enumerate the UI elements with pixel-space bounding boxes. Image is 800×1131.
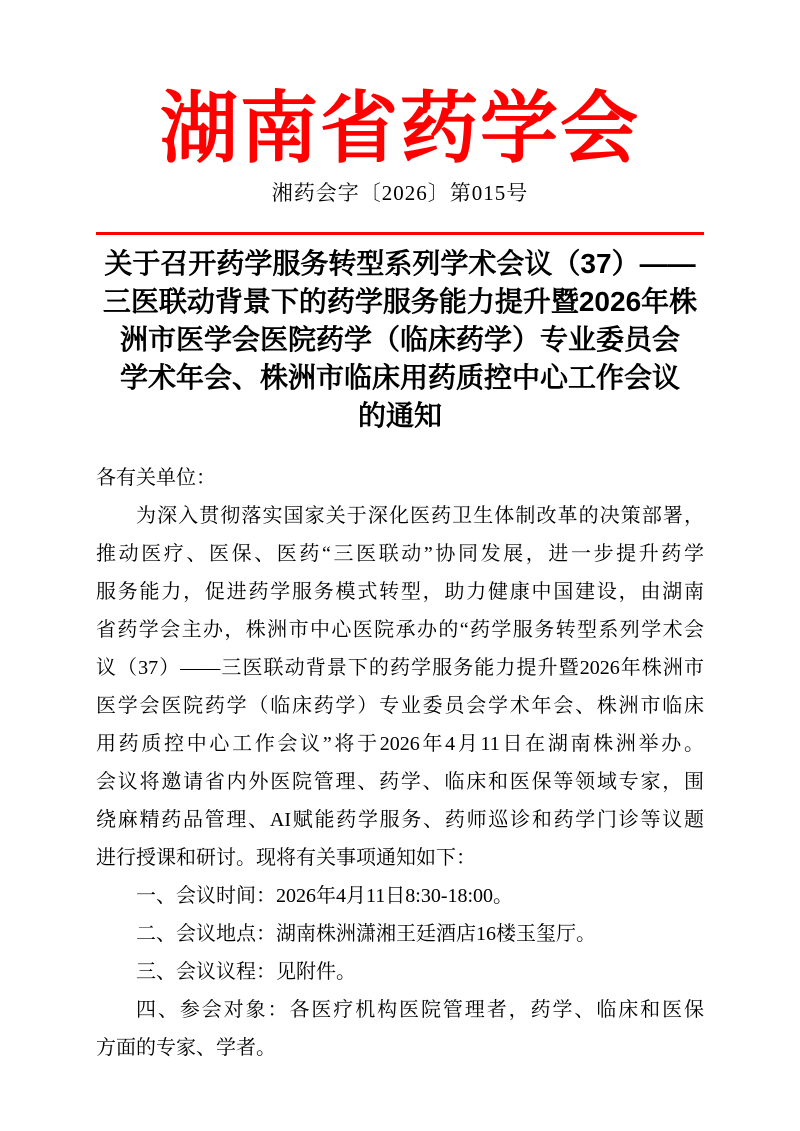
body-line: 推动医疗、医保、医药“三医联动”协同发展，进一步提升药学 [96,535,704,573]
list-item-meeting-location: 二、会议地点：湖南株洲潇湘王廷酒店16楼玉玺厅。 [96,915,704,953]
body-line: 为深入贯彻落实国家关于深化医药卫生体制改革的决策部署， [96,497,704,535]
list-item-participants: 四、参会对象：各医疗机构医院管理者，药学、临床和医保 [96,991,704,1029]
notice-body: 各有关单位： 为深入贯彻落实国家关于深化医药卫生体制改革的决策部署， 推动医疗、… [96,459,704,1067]
body-line: 服务能力，促进药学服务模式转型，助力健康中国建设，由湖南 [96,573,704,611]
notice-title-line: 洲市医学会医院药学（临床药学）专业委员会 [96,321,704,359]
list-item-participants-cont: 方面的专家、学者。 [96,1029,704,1067]
body-line: 会议将邀请省内外医院管理、药学、临床和医保等领域专家，围 [96,763,704,801]
notice-title-line: 关于召开药学服务转型系列学术会议（37）—— [96,245,704,283]
notice-title-line: 学术年会、株洲市临床用药质控中心工作会议 [96,359,704,397]
document-page: 湖南省药学会 湘药会字〔2026〕第015号 关于召开药学服务转型系列学术会议（… [0,0,800,1131]
body-line: 绕麻精药品管理、AI赋能药学服务、药师巡诊和药学门诊等议题 [96,801,704,839]
notice-title: 关于召开药学服务转型系列学术会议（37）—— 三医联动背景下的药学服务能力提升暨… [96,245,704,435]
list-item-meeting-agenda: 三、会议议程：见附件。 [96,953,704,991]
salutation: 各有关单位： [96,459,704,497]
notice-title-line: 三医联动背景下的药学服务能力提升暨2026年株 [96,283,704,321]
body-line: 医学会医院药学（临床药学）专业委员会学术年会、株洲市临床 [96,687,704,725]
notice-title-line: 的通知 [96,397,704,435]
list-item-meeting-time: 一、会议时间：2026年4月11日8:30-18:00。 [96,877,704,915]
body-line: 进行授课和研讨。现将有关事项通知如下： [96,839,704,877]
doc-number: 湘药会字〔2026〕第015号 [96,180,704,206]
body-line: 议（37）——三医联动背景下的药学服务能力提升暨2026年株洲市 [96,649,704,687]
body-line: 用药质控中心工作会议”将于2026年4月11日在湖南株洲举办。 [96,725,704,763]
body-line: 省药学会主办，株洲市中心医院承办的“药学服务转型系列学术会 [96,611,704,649]
org-title: 湖南省药学会 [96,86,704,172]
red-divider [96,232,704,235]
